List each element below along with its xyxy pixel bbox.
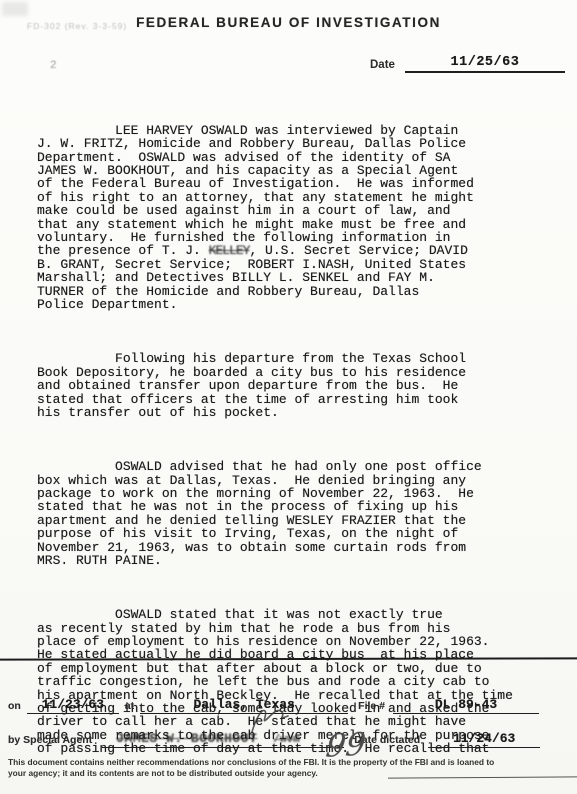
paragraph-interview-intro: LEE HARVEY OSWALD was interviewed by Cap…: [37, 124, 553, 312]
special-agent-value: JAMES W. BOOKHOUT/wvm: [102, 731, 344, 748]
paragraph-1-text-before: LEE HARVEY OSWALD was interviewed by Cap…: [37, 123, 474, 259]
interview-location-value: Dallas, Texas: [140, 697, 348, 714]
header-title: FEDERAL BUREAU OF INVESTIGATION: [0, 15, 577, 30]
smudged-name: KELLEY: [209, 243, 250, 258]
date-value: 11/25/63: [405, 55, 565, 73]
agent-name: JAMES W. BOOKHOUT: [116, 731, 257, 746]
paragraph-bus-transfer: Following his departure from the Texas S…: [37, 352, 553, 419]
file-number-label: File #: [358, 700, 385, 714]
on-label: on: [8, 700, 21, 714]
page-mark: 2: [50, 60, 57, 72]
document-page: FD-302 (Rev. 3-3-59) FEDERAL BUREAU OF I…: [0, 0, 577, 794]
disclaimer-text: This document contains neither recommend…: [8, 757, 570, 778]
interview-date-value: 11/23/63: [27, 697, 119, 714]
document-body: LEE HARVEY OSWALD was interviewed by Cap…: [37, 97, 553, 794]
special-agent-label: by Special Agent: [8, 734, 92, 748]
paragraph-post-office-box: OSWALD advised that he had only one post…: [37, 460, 553, 567]
date-label: Date: [370, 59, 395, 73]
handwritten-signature-mark: [248, 704, 300, 736]
scan-smudge: [2, 2, 28, 16]
date-dictated-value: 11/24/63: [428, 731, 540, 748]
file-number-value: DL 89-43: [393, 697, 539, 714]
at-label: at: [125, 700, 134, 714]
date-line: Date 11/25/63: [370, 55, 565, 73]
disclaimer-line-1: This document contains neither recommend…: [8, 757, 570, 768]
